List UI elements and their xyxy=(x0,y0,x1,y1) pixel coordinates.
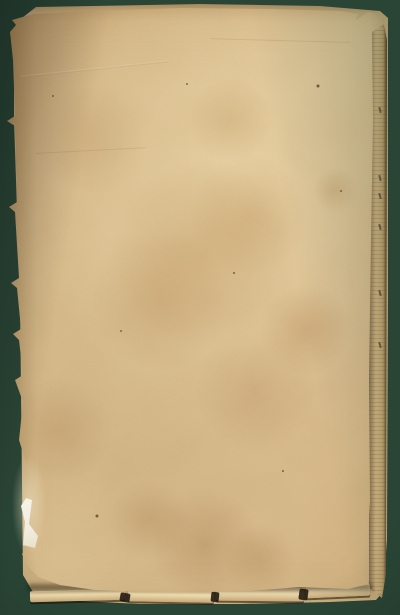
page-slit xyxy=(119,592,130,603)
page-slit xyxy=(210,592,219,603)
fore-edge-tick xyxy=(378,193,381,199)
fore-edge-tick xyxy=(378,107,381,113)
photo-backdrop xyxy=(0,0,400,615)
book xyxy=(0,0,400,615)
paper-grain xyxy=(0,0,400,615)
foxing-speckles xyxy=(0,0,2,2)
fore-edge-tick xyxy=(378,224,381,230)
fore-edge-tick xyxy=(378,342,381,348)
cover xyxy=(0,0,400,615)
fore-edge-tick xyxy=(378,290,381,296)
fore-edge-tick xyxy=(378,175,381,181)
